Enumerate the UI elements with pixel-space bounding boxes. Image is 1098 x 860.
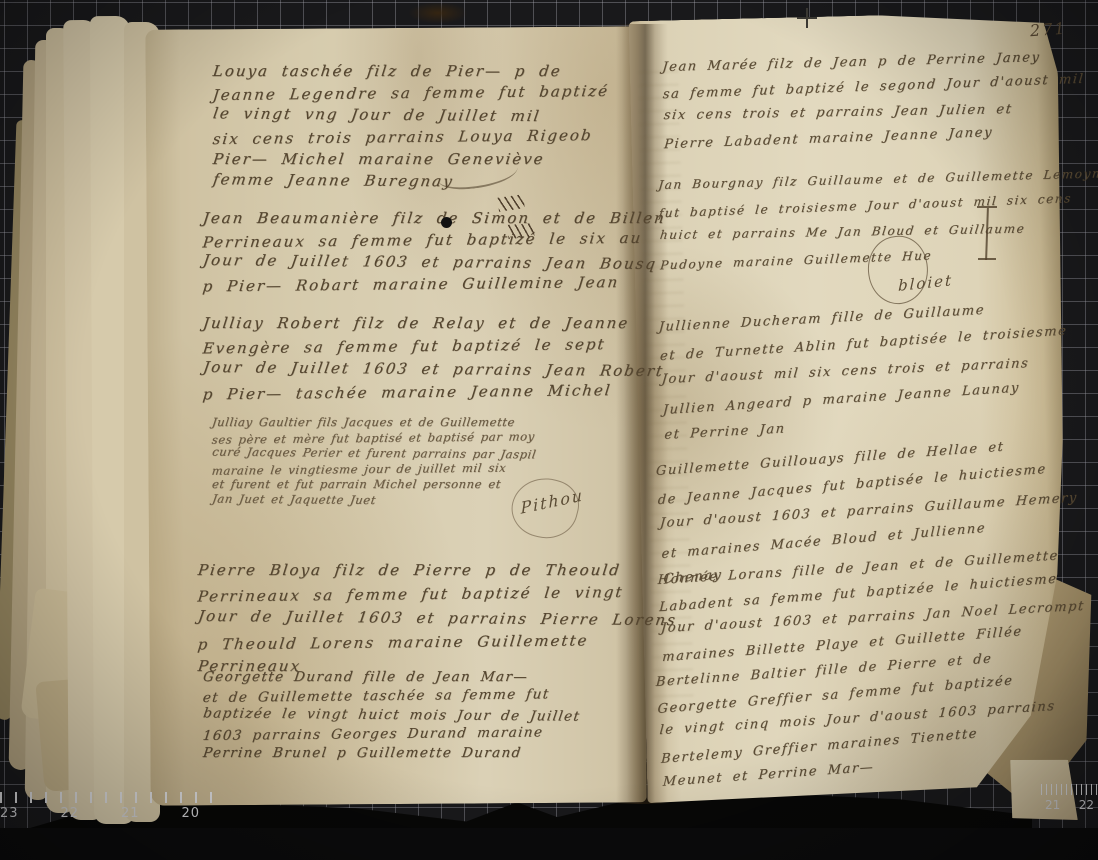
photo-vignette (0, 0, 1098, 860)
